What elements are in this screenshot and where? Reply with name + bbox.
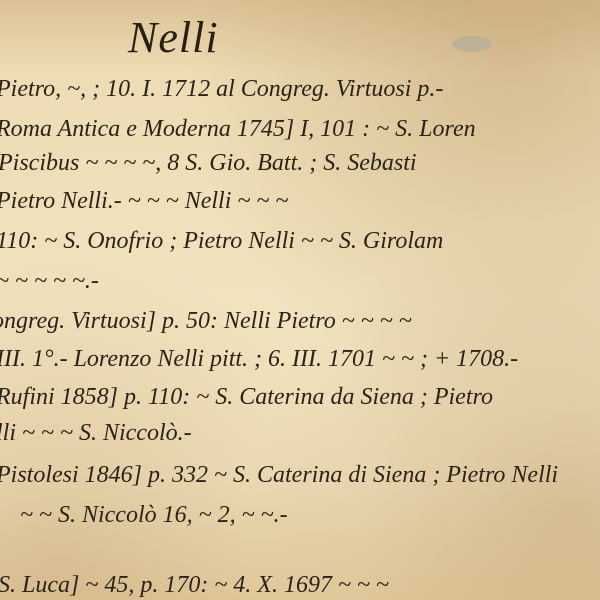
manuscript-line: Pietro Nelli.- ~ ~ ~ Nelli ~ ~ ~ [0,188,288,215]
manuscript-line: ongreg. Virtuosi] p. 50: Nelli Pietro ~ … [0,308,412,335]
page-heading: Nelli [128,12,219,63]
manuscript-line: ~ ~ ~ ~ ~.- [0,268,99,295]
manuscript-line: Roma Antica e Moderna 1745] I, 101 : ~ S… [0,116,476,143]
manuscript-line: Pietro, ~, ; 10. I. 1712 al Congreg. Vir… [0,76,443,103]
manuscript-line: S. Luca] ~ 45, p. 170: ~ 4. X. 1697 ~ ~ … [0,572,389,599]
paper-stain [452,36,492,52]
manuscript-line: 110: ~ S. Onofrio ; Pietro Nelli ~ ~ S. … [0,228,443,255]
manuscript-line: ~ ~ S. Niccolò 16, ~ 2, ~ ~.- [20,502,288,529]
manuscript-page: Nelli Pietro, ~, ; 10. I. 1712 al Congre… [0,0,600,600]
manuscript-line: Piscibus ~ ~ ~ ~, 8 S. Gio. Batt. ; S. S… [0,150,417,177]
manuscript-line: Pistolesi 1846] p. 332 ~ S. Caterina di … [0,462,558,489]
manuscript-line: Rufini 1858] p. 110: ~ S. Caterina da Si… [0,384,493,411]
manuscript-line: lli ~ ~ ~ S. Niccolò.- [0,420,192,447]
manuscript-line: III. 1°.- Lorenzo Nelli pitt. ; 6. III. … [0,346,518,373]
